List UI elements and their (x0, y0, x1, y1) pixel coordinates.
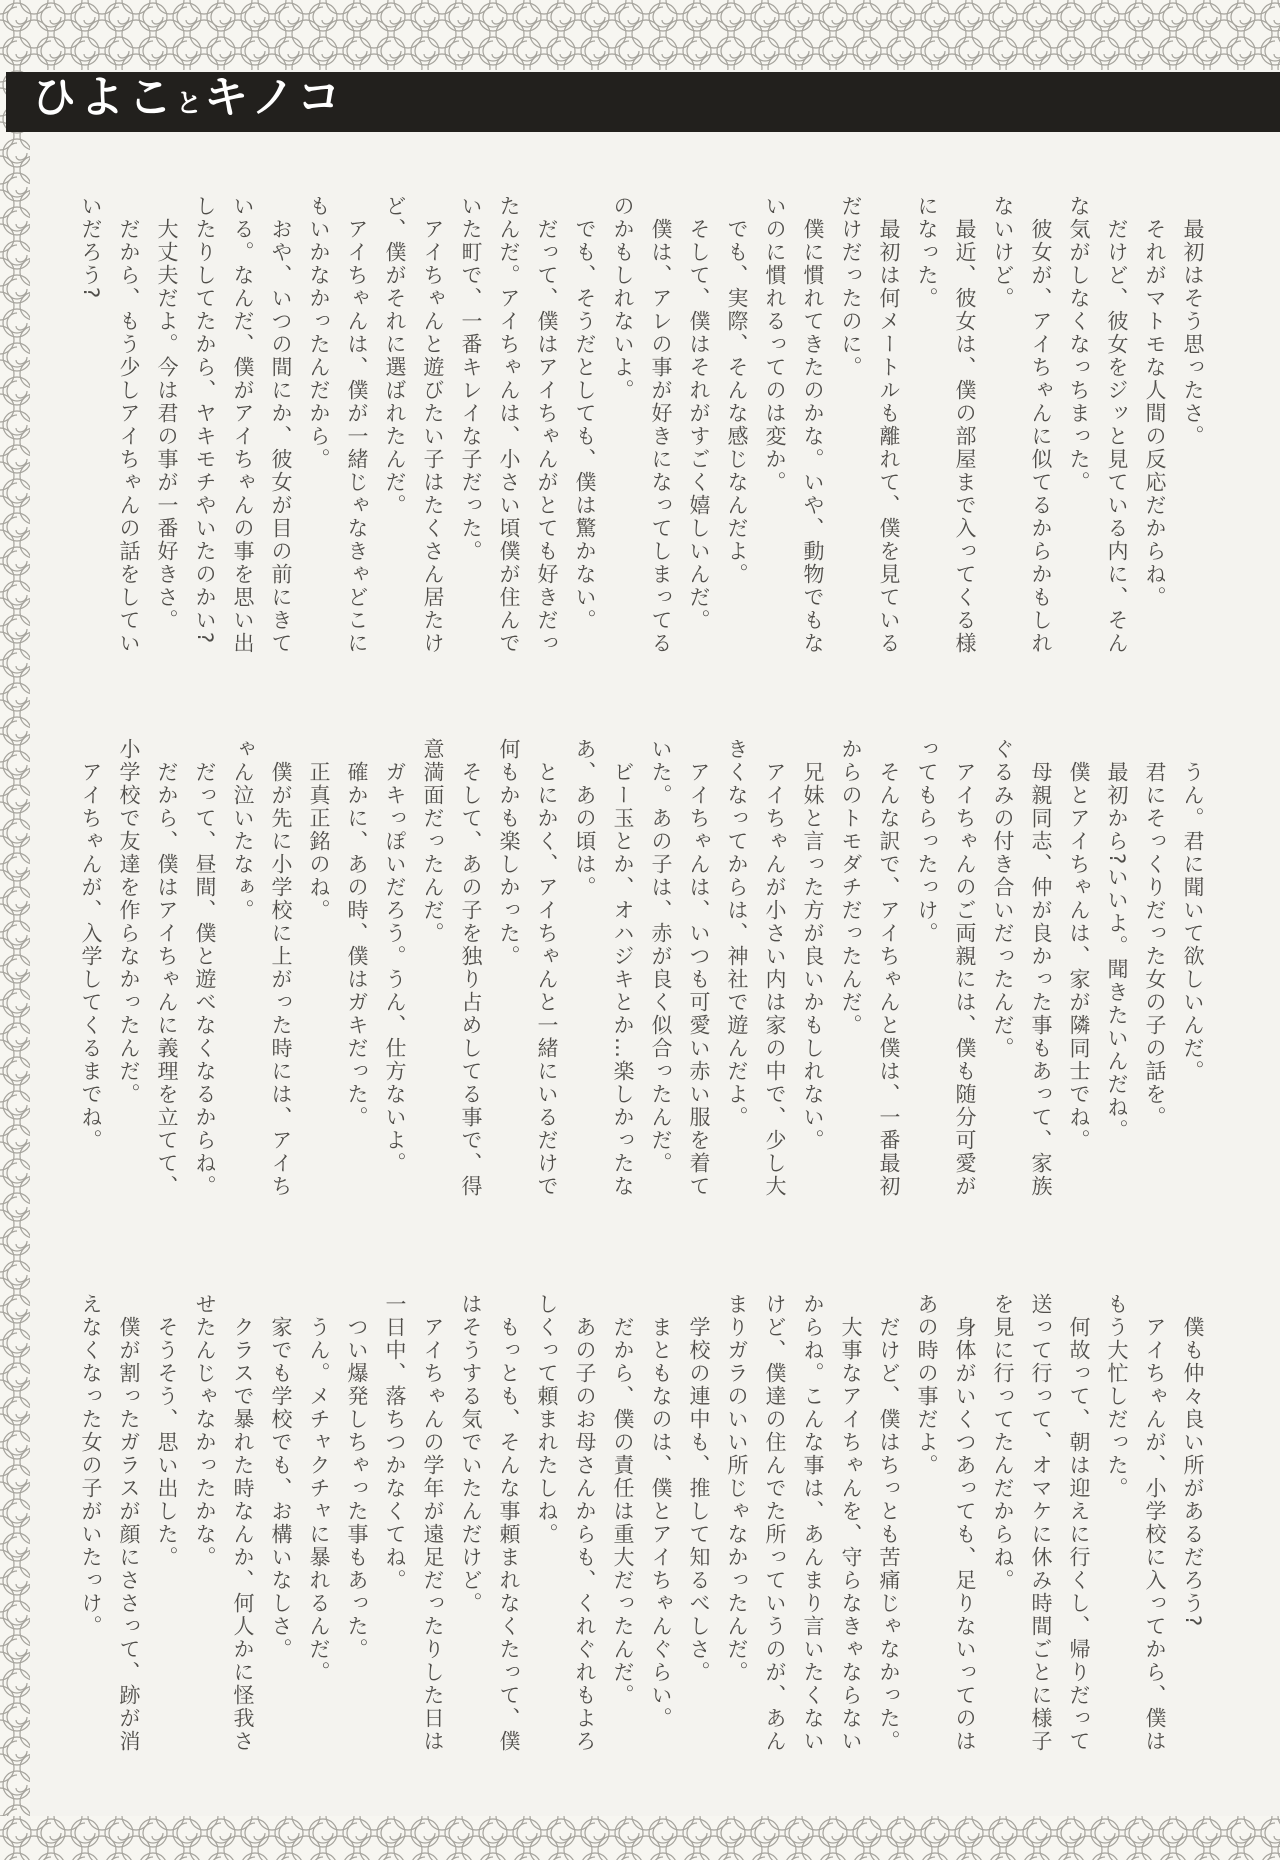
text-column: だから、僕の責任は重大だったんだ。 (604, 1293, 642, 1809)
text-column: 大丈夫だよ。今は君の事が一番好きさ。 (148, 195, 186, 687)
text-column: アイちゃんの学年が遠足だったりした日は (414, 1293, 452, 1809)
text-column: いる。なんだ、僕がアイちゃんの事を思い出 (224, 195, 262, 687)
text-column: そして、僕はそれがすごく嬉しいんだ。 (680, 195, 718, 687)
text-column: 最初は何メートルも離れて、僕を見ている (870, 195, 908, 687)
text-column: えなくなった女の子がいたっけ。 (72, 1293, 110, 1809)
text-column: いた町で、一番キレイな子だった。 (452, 195, 490, 687)
border-pattern-bottom (0, 1816, 1280, 1860)
text-column: アイちゃんが、入学してくるまでね。 (72, 738, 110, 1254)
story-band-2: うん。君に聞いて欲しいんだ。 君にそっくりだった女の子の話を。 最初から?いいよ… (72, 738, 1212, 1254)
text-column: けど、僕達の住んでた所っていうのが、あん (756, 1293, 794, 1809)
text-column: 僕に慣れてきたのかな。いや、動物でもな (794, 195, 832, 687)
text-column: 母親同志、仲が良かった事もあって、家族 (1022, 738, 1060, 1254)
text-column: もう大忙しだった。 (1098, 1293, 1136, 1809)
text-column: 正真正銘のね。 (300, 738, 338, 1254)
text-column: だって、僕はアイちゃんがとても好きだっ (528, 195, 566, 687)
scanned-book-page: ひよことキノコ 最初はそう思ったさ。 それがマトモな人間の反応だからね。 だけど… (0, 0, 1280, 1860)
text-column: ってもらったっけ。 (908, 738, 946, 1254)
text-column: たんだ。アイちゃんは、小さい頃僕が住んで (490, 195, 528, 687)
page-title-part-1: ひよこ (32, 72, 176, 123)
text-column: 小学校で友達を作らなかったんだ。 (110, 738, 148, 1254)
text-column: いた。あの子は、赤が良く似合ったんだ。 (642, 738, 680, 1254)
text-column: でも、実際、そんな感じなんだよ。 (718, 195, 756, 687)
text-column: 最初はそう思ったさ。 (1174, 195, 1212, 687)
page-title-connector: と (176, 89, 204, 119)
text-column: 何故って、朝は迎えに行くし、帰りだって (1060, 1293, 1098, 1809)
page-title-part-2: キノコ (204, 72, 345, 123)
text-column: ど、僕がそれに選ばれたんだ。 (376, 195, 414, 687)
text-column: アイちゃんのご両親には、僕も随分可愛が (946, 738, 984, 1254)
text-column: アイちゃんが小さい内は家の中で、少し大 (756, 738, 794, 1254)
text-column: ないけど。 (984, 195, 1022, 687)
text-column: もっとも、そんな事頼まれなくたって、僕 (490, 1293, 528, 1809)
text-column: 最近、彼女は、僕の部屋まで入ってくる様 (946, 195, 984, 687)
text-column: だって、昼間、僕と遊べなくなるからね。 (186, 738, 224, 1254)
text-column: アイちゃんと遊びたい子はたくさん居たけ (414, 195, 452, 687)
text-column: 学校の連中も、推して知るべしさ。 (680, 1293, 718, 1809)
text-column: 君にそっくりだった女の子の話を。 (1136, 738, 1174, 1254)
text-column: 最初から?いいよ。聞きたいんだね。 (1098, 738, 1136, 1254)
text-column: だから、もう少しアイちゃんの話をしてい (110, 195, 148, 687)
text-column: せたんじゃなかったかな。 (186, 1293, 224, 1809)
text-column: を見に行ってたんだからね。 (984, 1293, 1022, 1809)
text-column: だけだったのに。 (832, 195, 870, 687)
text-column: になった。 (908, 195, 946, 687)
text-column: 兄妹と言った方が良いかもしれない。 (794, 738, 832, 1254)
text-column: クラスで暴れた時なんか、何人かに怪我さ (224, 1293, 262, 1809)
text-column: そして、あの子を独り占めしてる事で、得 (452, 738, 490, 1254)
story-band-1: 最初はそう思ったさ。 それがマトモな人間の反応だからね。 だけど、彼女をジッと見… (72, 195, 1212, 687)
text-column: のかもしれないよ。 (604, 195, 642, 687)
text-column: あ、あの頃は。 (566, 738, 604, 1254)
text-column: ビー玉とか、オハジキとか…楽しかったな (604, 738, 642, 1254)
text-column: でも、そうだとしても、僕は驚かない。 (566, 195, 604, 687)
text-column: 何もかも楽しかった。 (490, 738, 528, 1254)
text-column: ガキっぽいだろう。うん、仕方ないよ。 (376, 738, 414, 1254)
text-column: 身体がいくつあっても、足りないってのは (946, 1293, 984, 1809)
text-column: まともなのは、僕とアイちゃんぐらい。 (642, 1293, 680, 1809)
text-column: 僕が割ったガラスが顔にささって、跡が消 (110, 1293, 148, 1809)
text-column: 意満面だったんだ。 (414, 738, 452, 1254)
text-column: だけど、僕はちっとも苦痛じゃなかった。 (870, 1293, 908, 1809)
text-column: はそうする気でいたんだけど。 (452, 1293, 490, 1809)
text-column: だから、僕はアイちゃんに義理を立てて、 (148, 738, 186, 1254)
text-column: うん。君に聞いて欲しいんだ。 (1174, 738, 1212, 1254)
text-column: ゃん泣いたなぁ。 (224, 738, 262, 1254)
text-column: 僕が先に小学校に上がった時には、アイち (262, 738, 300, 1254)
text-column: それがマトモな人間の反応だからね。 (1136, 195, 1174, 687)
story-band-3: 僕も仲々良い所があるだろう? アイちゃんが、小学校に入ってから、僕はもう大忙しだ… (72, 1293, 1212, 1809)
text-column: うん。メチャクチャに暴れるんだ。 (300, 1293, 338, 1809)
text-column: あの子のお母さんからも、くれぐれもよろ (566, 1293, 604, 1809)
text-column: いだろう? (72, 195, 110, 687)
text-column: からのトモダチだったんだ。 (832, 738, 870, 1254)
page-title: ひよことキノコ (6, 68, 345, 137)
text-column: 僕も仲々良い所があるだろう? (1174, 1293, 1212, 1809)
text-column: な気がしなくなっちまった。 (1060, 195, 1098, 687)
text-column: とにかく、アイちゃんと一緒にいるだけで (528, 738, 566, 1254)
title-banner: ひよことキノコ (6, 72, 1280, 132)
text-column: 家でも学校でも、お構いなしさ。 (262, 1293, 300, 1809)
text-column: 彼女が、アイちゃんに似てるからかもしれ (1022, 195, 1060, 687)
text-column: しくって頼まれたしね。 (528, 1293, 566, 1809)
text-column: ぐるみの付き合いだったんだ。 (984, 738, 1022, 1254)
text-column: つい爆発しちゃった事もあった。 (338, 1293, 376, 1809)
text-column: 僕は、アレの事が好きになってしまってる (642, 195, 680, 687)
text-column: アイちゃんは、いつも可愛い赤い服を着て (680, 738, 718, 1254)
text-column: 僕とアイちゃんは、家が隣同士でね。 (1060, 738, 1098, 1254)
text-column: 一日中、落ちつかなくてね。 (376, 1293, 414, 1809)
text-column: きくなってからは、神社で遊んだよ。 (718, 738, 756, 1254)
text-column: そんな訳で、アイちゃんと僕は、一番最初 (870, 738, 908, 1254)
text-column: 確かに、あの時、僕はガキだった。 (338, 738, 376, 1254)
text-column: もいかなかったんだから。 (300, 195, 338, 687)
text-column: だけど、彼女をジッと見ている内に、そん (1098, 195, 1136, 687)
text-column: アイちゃんが、小学校に入ってから、僕は (1136, 1293, 1174, 1809)
text-column: そうそう、思い出した。 (148, 1293, 186, 1809)
text-column: おや、いつの間にか、彼女が目の前にきて (262, 195, 300, 687)
text-column: まりガラのいい所じゃなかったんだ。 (718, 1293, 756, 1809)
text-column: からね。こんな事は、あんまり言いたくない (794, 1293, 832, 1809)
text-column: あの時の事だよ。 (908, 1293, 946, 1809)
text-column: いのに慣れるってのは変か。 (756, 195, 794, 687)
text-column: 大事なアイちゃんを、守らなきゃならない (832, 1293, 870, 1809)
text-column: 送って行って、オマケに休み時間ごとに様子 (1022, 1293, 1060, 1809)
text-column: アイちゃんは、僕が一緒じゃなきゃどこに (338, 195, 376, 687)
border-pattern-top (0, 0, 1280, 70)
text-column: したりしてたから、ヤキモチやいたのかい? (186, 195, 224, 687)
border-pattern-left (0, 0, 30, 1860)
